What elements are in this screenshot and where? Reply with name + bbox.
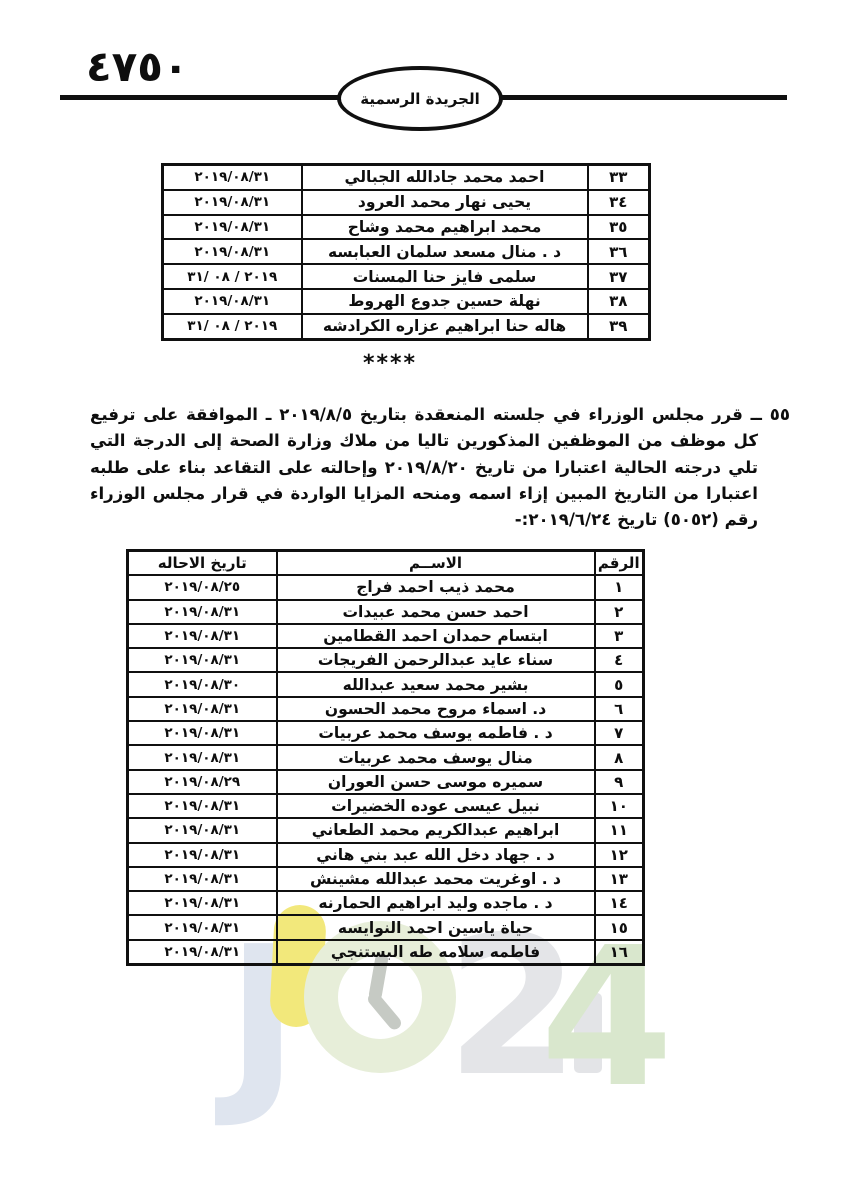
employee-name: فاطمه سلامه طه البستنجي xyxy=(277,940,595,965)
table-row: ٣٧ سلمى فايز حنا المسنات ٢٠١٩ / ٠٨ /٣١ xyxy=(163,264,650,289)
referral-date: ٢٠١٩/٠٨/٣١ xyxy=(128,867,277,891)
employee-name: سميره موسى حسن العوران xyxy=(277,770,595,794)
referral-date: ٢٠١٩/٠٨/٣٠ xyxy=(128,672,277,696)
table-header-row: الرقم الاســم تاريخ الاحاله xyxy=(128,551,644,576)
row-number: ٢ xyxy=(595,600,644,624)
employee-name: نبيل عيسى عوده الخضيرات xyxy=(277,794,595,818)
employee-name: منال يوسف محمد عربيات xyxy=(277,745,595,769)
employee-name: ابتسام حمدان احمد القطامين xyxy=(277,624,595,648)
table-row: ١٣ د . اوغريت محمد عبدالله مشينش ٢٠١٩/٠٨… xyxy=(128,867,644,891)
table-row: ١٤ د . ماجده وليد ابراهيم الحمارنه ٢٠١٩/… xyxy=(128,891,644,915)
table-row: ٣٤ يحيى نهار محمد العرود ٢٠١٩/٠٨/٣١ xyxy=(163,190,650,215)
row-number: ٣٦ xyxy=(588,239,650,264)
row-number: ٣٣ xyxy=(588,165,650,190)
employee-name: سلمى فايز حنا المسنات xyxy=(302,264,588,289)
employee-name: محمد ابراهيم محمد وشاح xyxy=(302,215,588,240)
employee-name: محمد ذيب احمد فراج xyxy=(277,575,595,599)
decree-text: قرر مجلس الوزراء في جلسته المنعقدة بتاري… xyxy=(90,405,758,529)
referral-date: ٢٠١٩ / ٠٨ /٣١ xyxy=(163,264,302,289)
decree-paragraph: ٥٥ ــ قرر مجلس الوزراء في جلسته المنعقدة… xyxy=(90,402,790,533)
referral-date: ٢٠١٩/٠٨/٣١ xyxy=(128,745,277,769)
row-number: ٣٨ xyxy=(588,289,650,314)
table-row: ١٥ حياة ياسين احمد النوايسه ٢٠١٩/٠٨/٣١ xyxy=(128,915,644,939)
row-number: ١ xyxy=(595,575,644,599)
referral-date: ٢٠١٩/٠٨/٣١ xyxy=(128,915,277,939)
employee-name: سناء عايد عبدالرحمن الفريجات xyxy=(277,648,595,672)
column-header-number: الرقم xyxy=(595,551,644,576)
promotions-table-continued: ٣٣ احمد محمد جادالله الجبالي ٢٠١٩/٠٨/٣١ … xyxy=(161,163,651,341)
decree-number: ٥٥ ــ xyxy=(751,405,790,424)
row-number: ٩ xyxy=(595,770,644,794)
employee-name: د. اسماء مروح محمد الحسون xyxy=(277,697,595,721)
row-number: ١٦ xyxy=(595,940,644,965)
employee-name: بشير محمد سعيد عبدالله xyxy=(277,672,595,696)
employee-name: احمد حسن محمد عبيدات xyxy=(277,600,595,624)
table-row: ٥ بشير محمد سعيد عبدالله ٢٠١٩/٠٨/٣٠ xyxy=(128,672,644,696)
table-row: ٨ منال يوسف محمد عربيات ٢٠١٩/٠٨/٣١ xyxy=(128,745,644,769)
table-row: ٣٣ احمد محمد جادالله الجبالي ٢٠١٩/٠٨/٣١ xyxy=(163,165,650,190)
employee-name: د . اوغريت محمد عبدالله مشينش xyxy=(277,867,595,891)
table-row: ١٢ د . جهاد دخل الله عبد بني هاني ٢٠١٩/٠… xyxy=(128,843,644,867)
row-number: ١٣ xyxy=(595,867,644,891)
referral-date: ٢٠١٩/٠٨/٣١ xyxy=(128,818,277,842)
row-number: ٣ xyxy=(595,624,644,648)
employee-name: د . ماجده وليد ابراهيم الحمارنه xyxy=(277,891,595,915)
employee-name: د . جهاد دخل الله عبد بني هاني xyxy=(277,843,595,867)
employee-name: ابراهيم عبدالكريم محمد الطعاني xyxy=(277,818,595,842)
page-number: ٤٧٥٠ xyxy=(86,42,189,91)
table-row: ٣ ابتسام حمدان احمد القطامين ٢٠١٩/٠٨/٣١ xyxy=(128,624,644,648)
referral-date: ٢٠١٩/٠٨/٣١ xyxy=(163,239,302,264)
referral-date: ٢٠١٩/٠٨/٣١ xyxy=(128,794,277,818)
table-row: ٢ احمد حسن محمد عبيدات ٢٠١٩/٠٨/٣١ xyxy=(128,600,644,624)
table-row: ٧ د . فاطمه يوسف محمد عربيات ٢٠١٩/٠٨/٣١ xyxy=(128,721,644,745)
referral-date: ٢٠١٩/٠٨/٣١ xyxy=(128,697,277,721)
table-row: ١٠ نبيل عيسى عوده الخضيرات ٢٠١٩/٠٨/٣١ xyxy=(128,794,644,818)
row-number: ٣٥ xyxy=(588,215,650,240)
stars-separator: **** xyxy=(60,351,720,376)
row-number: ٥ xyxy=(595,672,644,696)
table-row: ٤ سناء عايد عبدالرحمن الفريجات ٢٠١٩/٠٨/٣… xyxy=(128,648,644,672)
table-row: ٣٩ هاله حنا ابراهيم عزاره الكرادشه ٢٠١٩ … xyxy=(163,314,650,339)
table-row: ١ محمد ذيب احمد فراج ٢٠١٩/٠٨/٢٥ xyxy=(128,575,644,599)
referral-date: ٢٠١٩/٠٨/٣١ xyxy=(128,600,277,624)
row-number: ٧ xyxy=(595,721,644,745)
referral-date: ٢٠١٩/٠٨/٣١ xyxy=(128,648,277,672)
referral-date: ٢٠١٩/٠٨/٣١ xyxy=(128,940,277,965)
employee-name: حياة ياسين احمد النوايسه xyxy=(277,915,595,939)
row-number: ٨ xyxy=(595,745,644,769)
referral-date: ٢٠١٩/٠٨/٣١ xyxy=(163,215,302,240)
employee-name: نهلة حسين جدوع الهروط xyxy=(302,289,588,314)
table-row: ١٦ فاطمه سلامه طه البستنجي ٢٠١٩/٠٨/٣١ xyxy=(128,940,644,965)
column-header-date: تاريخ الاحاله xyxy=(128,551,277,576)
row-number: ٣٧ xyxy=(588,264,650,289)
table-row: ٣٨ نهلة حسين جدوع الهروط ٢٠١٩/٠٨/٣١ xyxy=(163,289,650,314)
table-row: ١١ ابراهيم عبدالكريم محمد الطعاني ٢٠١٩/٠… xyxy=(128,818,644,842)
table-row: ٦ د. اسماء مروح محمد الحسون ٢٠١٩/٠٨/٣١ xyxy=(128,697,644,721)
employee-name: د . فاطمه يوسف محمد عربيات xyxy=(277,721,595,745)
referral-date: ٢٠١٩/٠٨/٣١ xyxy=(128,843,277,867)
referral-date: ٢٠١٩/٠٨/٢٩ xyxy=(128,770,277,794)
employee-name: يحيى نهار محمد العرود xyxy=(302,190,588,215)
referral-date: ٢٠١٩/٠٨/٣١ xyxy=(128,891,277,915)
gazette-badge-label: الجريدة الرسمية xyxy=(360,90,479,108)
table-row: ٣٥ محمد ابراهيم محمد وشاح ٢٠١٩/٠٨/٣١ xyxy=(163,215,650,240)
referral-date: ٢٠١٩/٠٨/٣١ xyxy=(163,190,302,215)
row-number: ٣٤ xyxy=(588,190,650,215)
referral-date: ٢٠١٩ / ٠٨ /٣١ xyxy=(163,314,302,339)
row-number: ١٢ xyxy=(595,843,644,867)
row-number: ١٤ xyxy=(595,891,644,915)
employee-name: احمد محمد جادالله الجبالي xyxy=(302,165,588,190)
row-number: ١٥ xyxy=(595,915,644,939)
referral-date: ٢٠١٩/٠٨/٢٥ xyxy=(128,575,277,599)
referral-table: الرقم الاســم تاريخ الاحاله ١ محمد ذيب ا… xyxy=(126,549,645,966)
row-number: ٤ xyxy=(595,648,644,672)
gazette-badge: الجريدة الرسمية xyxy=(337,66,503,131)
table-row: ٣٦ د . منال مسعد سلمان العبابسه ٢٠١٩/٠٨/… xyxy=(163,239,650,264)
row-number: ١٠ xyxy=(595,794,644,818)
employee-name: د . منال مسعد سلمان العبابسه xyxy=(302,239,588,264)
row-number: ٦ xyxy=(595,697,644,721)
referral-date: ٢٠١٩/٠٨/٣١ xyxy=(163,289,302,314)
referral-date: ٢٠١٩/٠٨/٣١ xyxy=(128,721,277,745)
row-number: ١١ xyxy=(595,818,644,842)
referral-date: ٢٠١٩/٠٨/٣١ xyxy=(163,165,302,190)
employee-name: هاله حنا ابراهيم عزاره الكرادشه xyxy=(302,314,588,339)
column-header-name: الاســم xyxy=(277,551,595,576)
table-row: ٩ سميره موسى حسن العوران ٢٠١٩/٠٨/٢٩ xyxy=(128,770,644,794)
gazette-page: J 2 4 ٤٧٥٠ الجريدة الرسمية ٣٣ احمد محمد … xyxy=(0,0,848,1200)
referral-date: ٢٠١٩/٠٨/٣١ xyxy=(128,624,277,648)
row-number: ٣٩ xyxy=(588,314,650,339)
